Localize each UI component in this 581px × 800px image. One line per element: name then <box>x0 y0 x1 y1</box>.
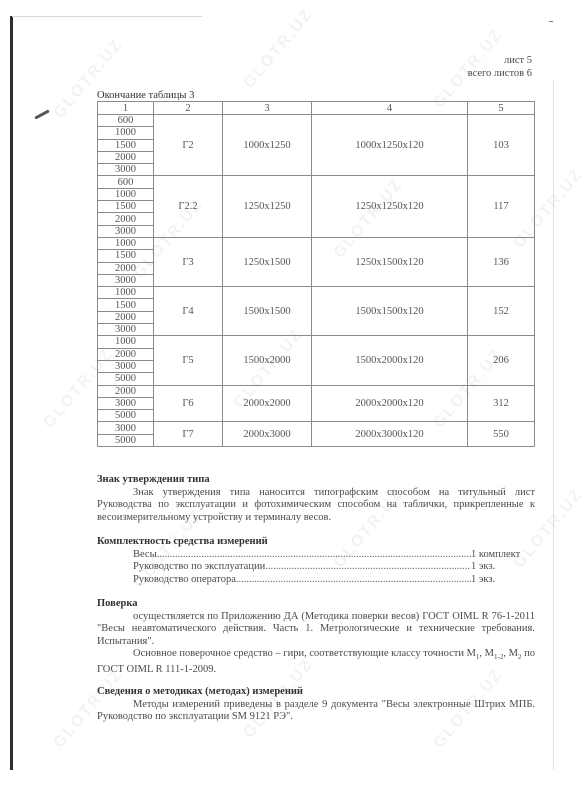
mass-cell: 550 <box>468 422 535 447</box>
table-row: 2000Г62000x20002000x2000x120312 <box>98 385 535 397</box>
watermark-text: GLOTR.UZ <box>241 6 318 92</box>
table-row: 1000Г31250x15001250x1500x120136 <box>98 237 535 249</box>
column-header: 5 <box>468 102 535 115</box>
scan-dash-mark <box>549 21 553 22</box>
capacity-cell: 3000 <box>98 324 154 336</box>
table-header-row: 1 2 3 4 5 <box>98 102 535 115</box>
kit-item: Весы 1 комплект <box>97 549 535 562</box>
text-fragment: Основное поверочное средство – гири, соо… <box>133 648 476 659</box>
dimensions-cell: 1500x2000x120 <box>312 336 468 385</box>
model-cell: Г3 <box>154 237 223 286</box>
leader-dots <box>157 549 471 562</box>
mass-cell: 136 <box>468 237 535 286</box>
sheet-number: лист 5 <box>468 54 532 67</box>
capacity-cell: 5000 <box>98 434 154 446</box>
dimensions-cell: 1500x1500x120 <box>312 287 468 336</box>
model-cell: Г4 <box>154 287 223 336</box>
capacity-cell: 1000 <box>98 336 154 348</box>
capacity-cell: 1500 <box>98 299 154 311</box>
dimensions-cell: 1250x1250x120 <box>312 176 468 237</box>
capacity-cell: 1500 <box>98 139 154 151</box>
mass-cell: 117 <box>468 176 535 237</box>
table-row: 600Г2.21250x12501250x1250x120117 <box>98 176 535 188</box>
section-title: Комплектность средства измерений <box>97 536 535 549</box>
mass-cell: 152 <box>468 287 535 336</box>
specification-table: 1 2 3 4 5 600Г21000x12501000x1250x120103… <box>97 101 535 447</box>
table-row: 1000Г51500x20001500x2000x120206 <box>98 336 535 348</box>
model-cell: Г2 <box>154 115 223 176</box>
capacity-cell: 3000 <box>98 422 154 434</box>
scan-ink-mark <box>34 109 50 119</box>
verification-section: Поверка осуществляется по Приложению ДА … <box>97 598 535 676</box>
kit-item-qty: 1 экз. <box>471 574 535 587</box>
scan-border-top <box>12 16 202 17</box>
capacity-cell: 1000 <box>98 188 154 200</box>
platform-size-cell: 1500x1500 <box>223 287 312 336</box>
capacity-cell: 3000 <box>98 164 154 176</box>
dimensions-cell: 2000x2000x120 <box>312 385 468 422</box>
column-header: 3 <box>223 102 312 115</box>
completeness-section: Комплектность средства измерений Весы 1 … <box>97 536 535 586</box>
capacity-cell: 600 <box>98 115 154 127</box>
model-cell: Г6 <box>154 385 223 422</box>
capacity-cell: 2000 <box>98 348 154 360</box>
platform-size-cell: 1000x1250 <box>223 115 312 176</box>
capacity-cell: 3000 <box>98 274 154 286</box>
capacity-cell: 2000 <box>98 311 154 323</box>
section-title: Знак утверждения типа <box>97 474 535 487</box>
platform-size-cell: 1250x1250 <box>223 176 312 237</box>
capacity-cell: 3000 <box>98 360 154 372</box>
kit-item-qty: 1 комплект <box>471 549 535 562</box>
scan-border-left <box>10 16 13 770</box>
leader-dots <box>265 561 471 574</box>
mass-cell: 312 <box>468 385 535 422</box>
section-text: Основное поверочное средство – гири, соо… <box>97 648 535 676</box>
capacity-cell: 1500 <box>98 201 154 213</box>
type-approval-section: Знак утверждения типа Знак утверждения т… <box>97 474 535 524</box>
capacity-cell: 1500 <box>98 250 154 262</box>
leader-dots <box>236 574 471 587</box>
table-row: 600Г21000x12501000x1250x120103 <box>98 115 535 127</box>
kit-item-name: Руководство оператора <box>133 574 236 587</box>
capacity-cell: 3000 <box>98 397 154 409</box>
platform-size-cell: 1250x1500 <box>223 237 312 286</box>
section-title: Сведения о методиках (методах) измерений <box>97 686 535 699</box>
capacity-cell: 3000 <box>98 225 154 237</box>
column-header: 2 <box>154 102 223 115</box>
table-body: 600Г21000x12501000x1250x1201031000150020… <box>98 115 535 447</box>
capacity-cell: 2000 <box>98 213 154 225</box>
model-cell: Г7 <box>154 422 223 447</box>
platform-size-cell: 2000x3000 <box>223 422 312 447</box>
section-text: осуществляется по Приложению ДА (Методик… <box>97 611 535 649</box>
kit-item-name: Весы <box>133 549 157 562</box>
capacity-cell: 5000 <box>98 373 154 385</box>
total-sheets: всего листов 6 <box>468 67 532 80</box>
model-cell: Г2.2 <box>154 176 223 237</box>
kit-item: Руководство оператора 1 экз. <box>97 574 535 587</box>
platform-size-cell: 2000x2000 <box>223 385 312 422</box>
sheet-info: лист 5 всего листов 6 <box>468 54 532 80</box>
dimensions-cell: 1000x1250x120 <box>312 115 468 176</box>
capacity-cell: 2000 <box>98 151 154 163</box>
table-caption: Окончание таблицы 3 <box>97 90 194 101</box>
kit-item-name: Руководство по эксплуатации <box>133 561 265 574</box>
capacity-cell: 600 <box>98 176 154 188</box>
scan-border-right <box>553 80 554 770</box>
capacity-cell: 5000 <box>98 410 154 422</box>
table-row: 3000Г72000x30002000x3000x120550 <box>98 422 535 434</box>
mass-cell: 206 <box>468 336 535 385</box>
section-text: Знак утверждения типа наносится типограф… <box>97 487 535 525</box>
dimensions-cell: 1250x1500x120 <box>312 237 468 286</box>
mass-cell: 103 <box>468 115 535 176</box>
capacity-cell: 2000 <box>98 385 154 397</box>
text-fragment: , М <box>479 648 494 659</box>
column-header: 1 <box>98 102 154 115</box>
methods-section: Сведения о методиках (методах) измерений… <box>97 686 535 724</box>
dimensions-cell: 2000x3000x120 <box>312 422 468 447</box>
capacity-cell: 2000 <box>98 262 154 274</box>
table-row: 1000Г41500x15001500x1500x120152 <box>98 287 535 299</box>
kit-item: Руководство по эксплуатации 1 экз. <box>97 561 535 574</box>
capacity-cell: 1000 <box>98 127 154 139</box>
capacity-cell: 1000 <box>98 237 154 249</box>
text-fragment: , М <box>503 648 518 659</box>
section-title: Поверка <box>97 598 535 611</box>
section-text: Методы измерений приведены в разделе 9 д… <box>97 699 535 724</box>
capacity-cell: 1000 <box>98 287 154 299</box>
subscript: 1-2 <box>494 653 503 661</box>
model-cell: Г5 <box>154 336 223 385</box>
column-header: 4 <box>312 102 468 115</box>
platform-size-cell: 1500x2000 <box>223 336 312 385</box>
kit-item-qty: 1 экз. <box>471 561 535 574</box>
